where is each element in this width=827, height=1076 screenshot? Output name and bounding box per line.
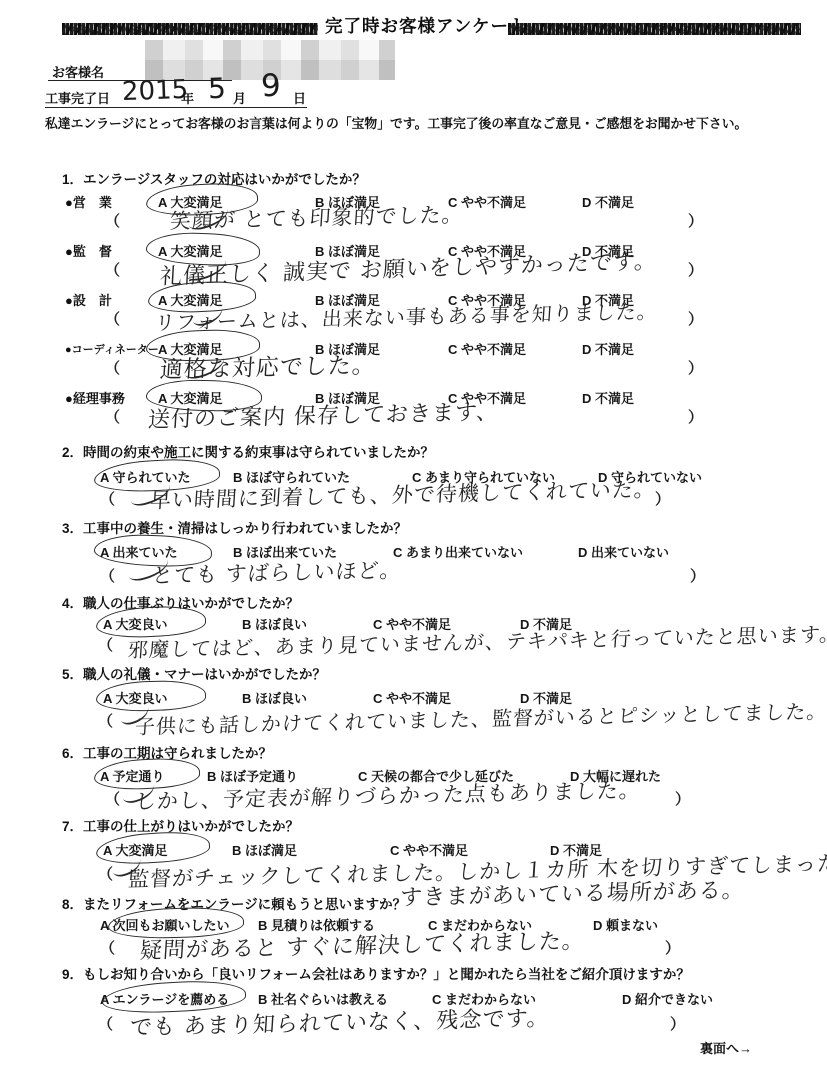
date-underline [45, 86, 307, 108]
question-number: 4． [62, 596, 83, 611]
bullet-icon: ● [65, 293, 73, 308]
question-number: 7． [62, 819, 83, 834]
option-d: D 頼まない [593, 915, 658, 934]
bullet-icon: ● [65, 244, 73, 259]
comment-open-paren: （ [100, 565, 115, 586]
handwritten-comment: とても すばらしいほど。 [151, 554, 403, 590]
staff-label: コーディネーター [72, 344, 159, 356]
comment-open-paren: （ [100, 937, 115, 958]
option-b: B ほぼ満足 [232, 840, 297, 859]
page-title: 完了時お客様アンケート [325, 13, 527, 38]
handwritten-comment: 笑顔が とても印象的でした。 [169, 199, 465, 236]
intro-text: 私達エンラージにとってお客様のお言葉は何よりの「宝物」です。工事完了後の率直なご… [45, 113, 747, 132]
question-number: 8． [62, 897, 83, 912]
question-title: 工事中の養生・清掃はしっかり行われていましたか？ [83, 521, 407, 536]
staff-label: 監 督 [73, 244, 112, 259]
question-number: 3． [62, 521, 83, 536]
survey-page: 完了時お客様アンケート お客様名 工事完了日 2015 年 5 月 9 日 私達… [0, 0, 827, 1076]
header-decoration-right [508, 23, 801, 35]
question-title: エンラージスタッフの対応はいかがでしたか？ [83, 172, 366, 187]
handwritten-comment: リフォームとは、出来ない事もある事を知りました。 [154, 295, 659, 335]
handwritten-comment: 送付のご案内 保存しておきます、 [147, 395, 500, 434]
option-c: C あまり出来ていない [393, 542, 523, 561]
question-number: 5． [62, 667, 83, 682]
option-c: C やや不満足 [448, 339, 526, 358]
option-b: B ほぼ良い [242, 688, 307, 707]
comment-close-paren: ） [688, 308, 703, 329]
comment-open-paren: （ [105, 357, 120, 378]
comment-open-paren: （ [98, 1013, 113, 1034]
comment-open-paren: （ [105, 259, 120, 280]
staff-label: 設 計 [73, 293, 112, 308]
comment-open-paren: （ [98, 710, 113, 731]
option-a: A 大変良い [103, 614, 168, 633]
handwritten-comment: 礼儀正しく 誠実で お願いをしやすかったです。 [159, 244, 658, 291]
staff-label: 営 業 [73, 195, 112, 210]
question-title: 職人の仕事ぶりはいかがでしたか？ [83, 596, 299, 611]
question-title: 職人の礼儀・マナーはいかがでしたか？ [83, 667, 326, 682]
option-a: A 次回もお願いしたい [100, 915, 230, 934]
bullet-icon: ● [65, 391, 73, 406]
question-title: 工事の工期は守られましたか？ [83, 746, 272, 761]
option-d: D 不満足 [582, 388, 634, 407]
comment-close-paren: ） [675, 788, 690, 809]
question-title: 工事の仕上がりはいかがでしたか？ [83, 819, 299, 834]
question-number: 6． [62, 746, 83, 761]
comment-close-paren: ） [688, 210, 703, 231]
question-title: 時間の約束や施工に関する約束事は守られていましたか？ [83, 445, 434, 460]
question-title: もしお知り合いから「良いリフォーム会社はありますか？」と聞かれたら当社をご紹介頂… [83, 967, 690, 982]
comment-open-paren: （ [105, 788, 120, 809]
handwritten-comment: 子供にも話しかけてくれていました、監督がいるとピシッとしてました。 [134, 695, 827, 740]
option-a: A 予定通り [100, 766, 165, 785]
comment-close-paren: ） [670, 1013, 685, 1034]
option-d: D 不満足 [582, 192, 634, 211]
comment-open-paren: （ [105, 210, 120, 231]
handwritten-comment: 適格な対応でした。 [159, 347, 377, 385]
handwritten-comment: 邪魔してはど、あまり見ていませんが、テキパキと行っていたと思います。 [127, 618, 827, 663]
comment-open-paren: （ [105, 406, 120, 427]
question-number: 9． [62, 967, 83, 982]
comment-close-paren: ） [665, 937, 680, 958]
comment-open-paren: （ [98, 634, 113, 655]
staff-label: 経理事務 [73, 391, 125, 406]
comment-close-paren: ） [688, 406, 703, 427]
option-a: A エンラージを薦める [100, 989, 229, 1008]
handwritten-comment: 早い時間に到着しても、外で待機してくれていた。 [149, 473, 657, 515]
comment-open-paren: （ [100, 488, 115, 509]
question-title: またリフォームをエンラージに頼もうと思いますか？ [83, 897, 406, 912]
question-number: 1． [62, 172, 83, 187]
option-d: D 出来ていない [578, 542, 669, 561]
comment-close-paren: ） [688, 357, 703, 378]
header-decoration-left [62, 23, 318, 35]
handwritten-comment-line2: すきまがあいている場所がある。 [399, 873, 746, 912]
bullet-icon: ● [65, 344, 72, 356]
option-d: D 紹介できない [622, 989, 713, 1008]
comment-close-paren: ） [688, 259, 703, 280]
comment-open-paren: （ [98, 863, 113, 884]
comment-close-paren: ） [655, 488, 670, 509]
bullet-icon: ● [65, 195, 73, 210]
option-a: A 大変良い [103, 688, 168, 707]
question-number: 2． [62, 445, 83, 460]
option-d: D 不満足 [582, 339, 634, 358]
comment-close-paren: ） [690, 565, 705, 586]
back-page-note: 裏面へ→ [700, 1038, 752, 1057]
comment-open-paren: （ [105, 308, 120, 329]
